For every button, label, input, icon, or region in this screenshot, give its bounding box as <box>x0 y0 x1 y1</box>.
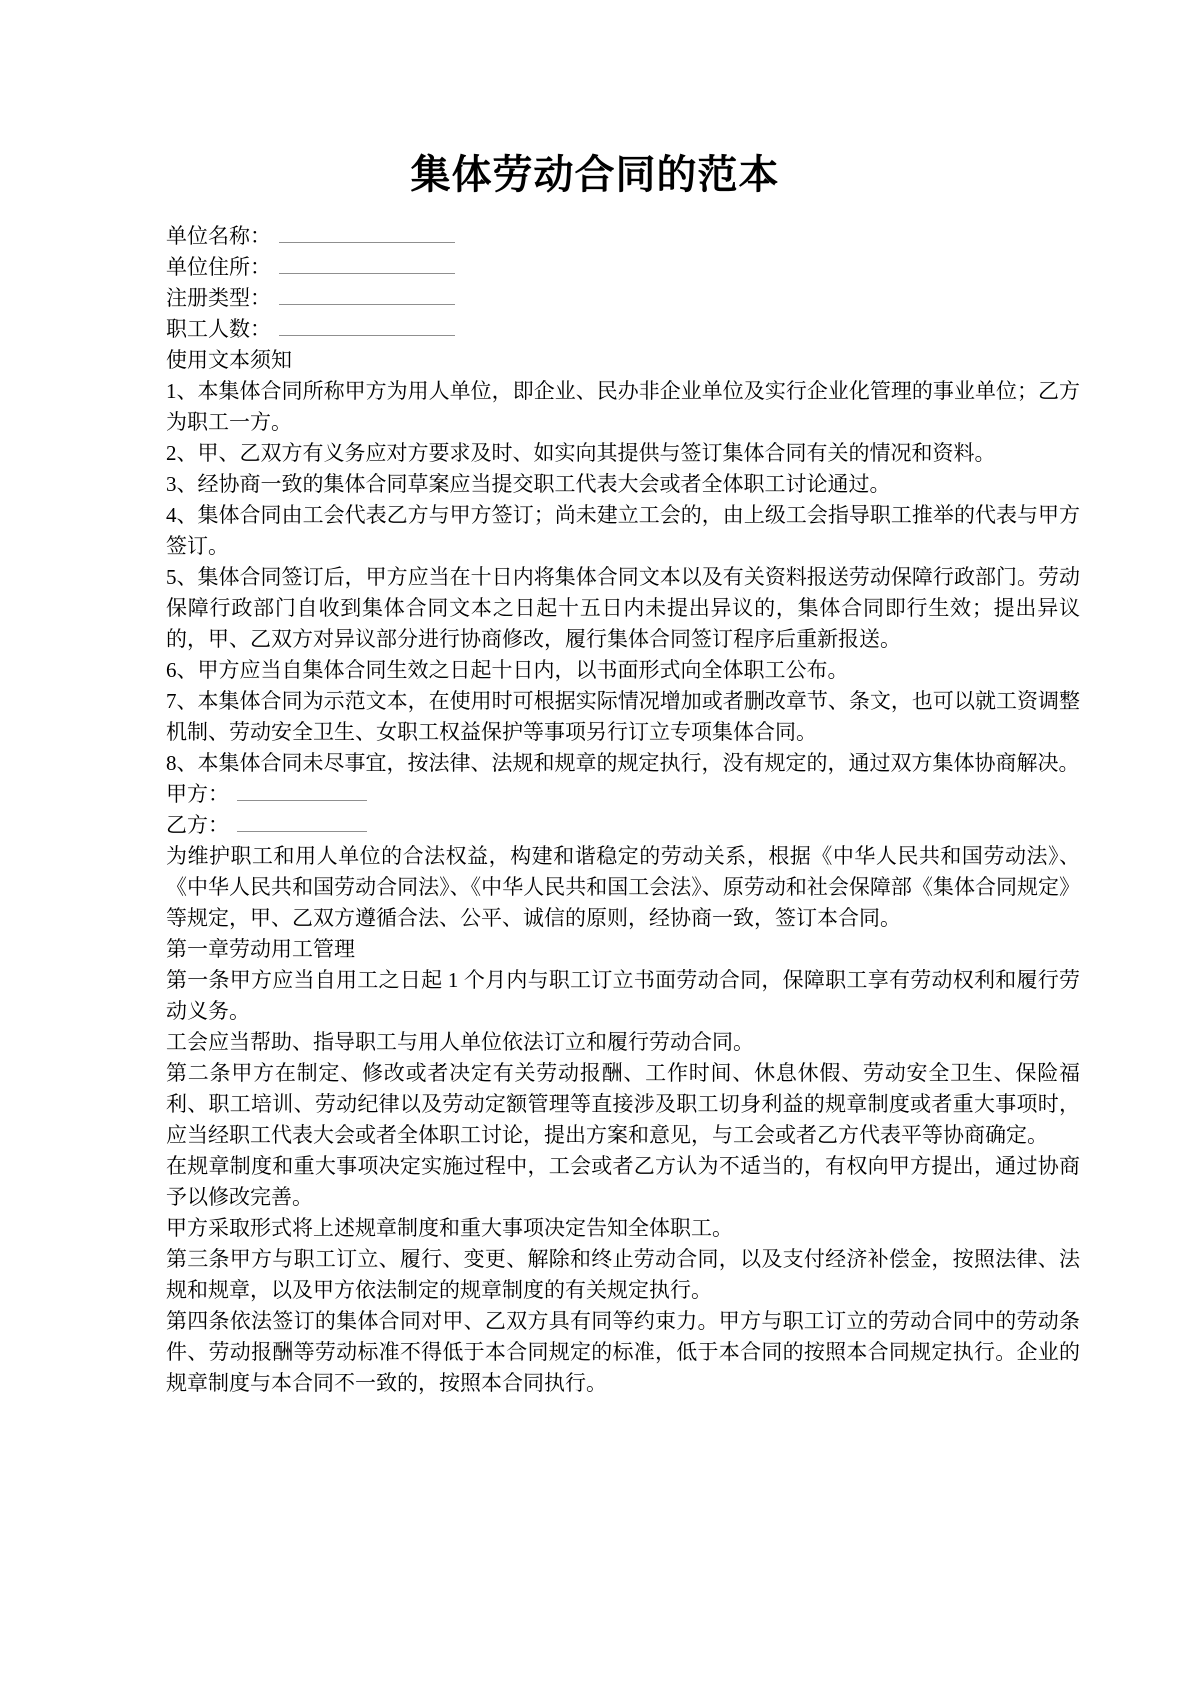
fill-in-field: 单位名称： <box>166 221 1080 252</box>
paragraph: 8、本集体合同未尽事宜，按法律、法规和规章的规定执行，没有规定的，通过双方集体协… <box>166 748 1080 779</box>
paragraph: 6、甲方应当自集体合同生效之日起十日内，以书面形式向全体职工公布。 <box>166 655 1080 686</box>
blank-line <box>237 810 367 832</box>
blank-line <box>237 779 367 801</box>
paragraph: 7、本集体合同为示范文本，在使用时可根据实际情况增加或者删改章节、条文，也可以就… <box>166 686 1080 748</box>
paragraph: 第一章劳动用工管理 <box>166 934 1080 965</box>
paragraph: 第二条甲方在制定、修改或者决定有关劳动报酬、工作时间、休息休假、劳动安全卫生、保… <box>166 1058 1080 1151</box>
paragraph: 使用文本须知 <box>166 345 1080 376</box>
fill-in-field: 单位住所： <box>166 252 1080 283</box>
document-body: 单位名称：单位住所：注册类型：职工人数：使用文本须知1、本集体合同所称甲方为用人… <box>166 221 1080 1399</box>
document-title: 集体劳动合同的范本 <box>0 146 1190 204</box>
paragraph: 为维护职工和用人单位的合法权益，构建和谐稳定的劳动关系，根据《中华人民共和国劳动… <box>166 841 1080 934</box>
paragraph: 第四条依法签订的集体合同对甲、乙双方具有同等约束力。甲方与职工订立的劳动合同中的… <box>166 1306 1080 1399</box>
field-label: 单位住所： <box>166 255 271 279</box>
field-label: 注册类型： <box>166 286 271 310</box>
blank-line <box>279 221 455 243</box>
paragraph: 1、本集体合同所称甲方为用人单位，即企业、民办非企业单位及实行企业化管理的事业单… <box>166 376 1080 438</box>
fill-in-field: 注册类型： <box>166 283 1080 314</box>
field-label: 甲方： <box>166 782 229 806</box>
paragraph: 第三条甲方与职工订立、履行、变更、解除和终止劳动合同，以及支付经济补偿金，按照法… <box>166 1244 1080 1306</box>
paragraph: 5、集体合同签订后，甲方应当在十日内将集体合同文本以及有关资料报送劳动保障行政部… <box>166 562 1080 655</box>
paragraph: 3、经协商一致的集体合同草案应当提交职工代表大会或者全体职工讨论通过。 <box>166 469 1080 500</box>
field-label: 乙方： <box>166 813 229 837</box>
paragraph: 第一条甲方应当自用工之日起 1 个月内与职工订立书面劳动合同，保障职工享有劳动权… <box>166 965 1080 1027</box>
blank-line <box>279 283 455 305</box>
paragraph: 2、甲、乙双方有义务应对方要求及时、如实向其提供与签订集体合同有关的情况和资料。 <box>166 438 1080 469</box>
blank-line <box>279 252 455 274</box>
paragraph: 工会应当帮助、指导职工与用人单位依法订立和履行劳动合同。 <box>166 1027 1080 1058</box>
fill-in-field: 职工人数： <box>166 314 1080 345</box>
fill-in-field: 乙方： <box>166 810 1080 841</box>
document-page: 集体劳动合同的范本 单位名称：单位住所：注册类型：职工人数：使用文本须知1、本集… <box>0 0 1190 1683</box>
field-label: 职工人数： <box>166 317 271 341</box>
blank-line <box>279 314 455 336</box>
paragraph: 甲方采取形式将上述规章制度和重大事项决定告知全体职工。 <box>166 1213 1080 1244</box>
field-label: 单位名称： <box>166 224 271 248</box>
paragraph: 4、集体合同由工会代表乙方与甲方签订；尚未建立工会的，由上级工会指导职工推举的代… <box>166 500 1080 562</box>
paragraph: 在规章制度和重大事项决定实施过程中，工会或者乙方认为不适当的，有权向甲方提出，通… <box>166 1151 1080 1213</box>
fill-in-field: 甲方： <box>166 779 1080 810</box>
